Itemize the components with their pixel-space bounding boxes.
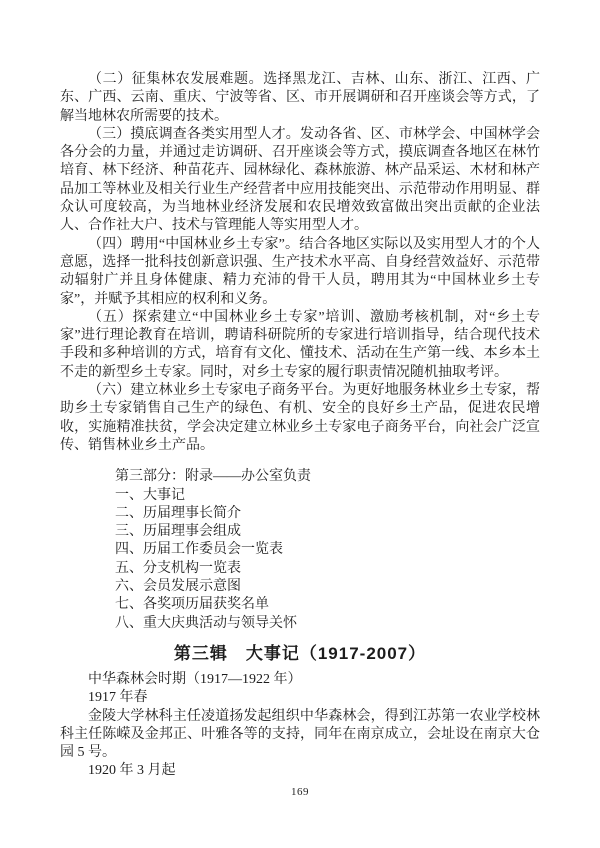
appendix-item-7: 七、各奖项历届获奖名单 [115,596,540,614]
appendix-item-4: 四、历届工作委员会一览表 [115,541,540,559]
page-number: 169 [0,786,600,798]
period-title: 中华森林会时期（1917—1922 年） [60,671,540,689]
chronicle-entry-date-1917: 1917 年春 [60,689,540,707]
appendix-item-5: 五、分支机构一览表 [115,560,540,578]
document-page: （二）征集林农发展难题。选择黑龙江、吉林、山东、浙江、江西、广东、广西、云南、重… [0,0,600,848]
page-content: （二）征集林农发展难题。选择黑龙江、吉林、山东、浙江、江西、广东、广西、云南、重… [60,71,540,781]
body-paragraph-6: （六）建立林业乡土专家电子商务平台。为更好地服务林业乡土专家，帮助乡土专家销售自… [60,382,540,455]
body-paragraph-3: （三）摸底调查各类实用型人才。发动各省、区、市林学会、中国林学会各分会的力量，并… [60,126,540,236]
chapter-heading: 第三辑 大事记（1917-2007） [60,643,540,665]
chronicle-entry-text-1917: 金陵大学林科主任凌道扬发起组织中华森林会，得到江苏第一农业学校林科主任陈嵘及金邦… [60,708,540,763]
body-paragraph-5: （五）探索建立“中国林业乡土专家”培训、激励考核机制，对“乡土专家”进行理论教育… [60,309,540,382]
appendix-item-3: 三、历届理事会组成 [115,523,540,541]
appendix-item-1: 一、大事记 [115,487,540,505]
body-paragraph-4: （四）聘用“中国林业乡土专家”。结合各地区实际以及实用型人才的个人意愿，选择一批… [60,236,540,309]
appendix-toc: 第三部分：附录——办公室负责 一、大事记 二、历届理事长简介 三、历届理事会组成… [60,468,540,633]
chronicle-entry-date-1920: 1920 年 3 月起 [60,762,540,780]
appendix-item-8: 八、重大庆典活动与领导关怀 [115,615,540,633]
appendix-item-6: 六、会员发展示意图 [115,578,540,596]
appendix-title: 第三部分：附录——办公室负责 [115,468,540,486]
body-paragraph-2: （二）征集林农发展难题。选择黑龙江、吉林、山东、浙江、江西、广东、广西、云南、重… [60,71,540,126]
appendix-item-2: 二、历届理事长简介 [115,505,540,523]
